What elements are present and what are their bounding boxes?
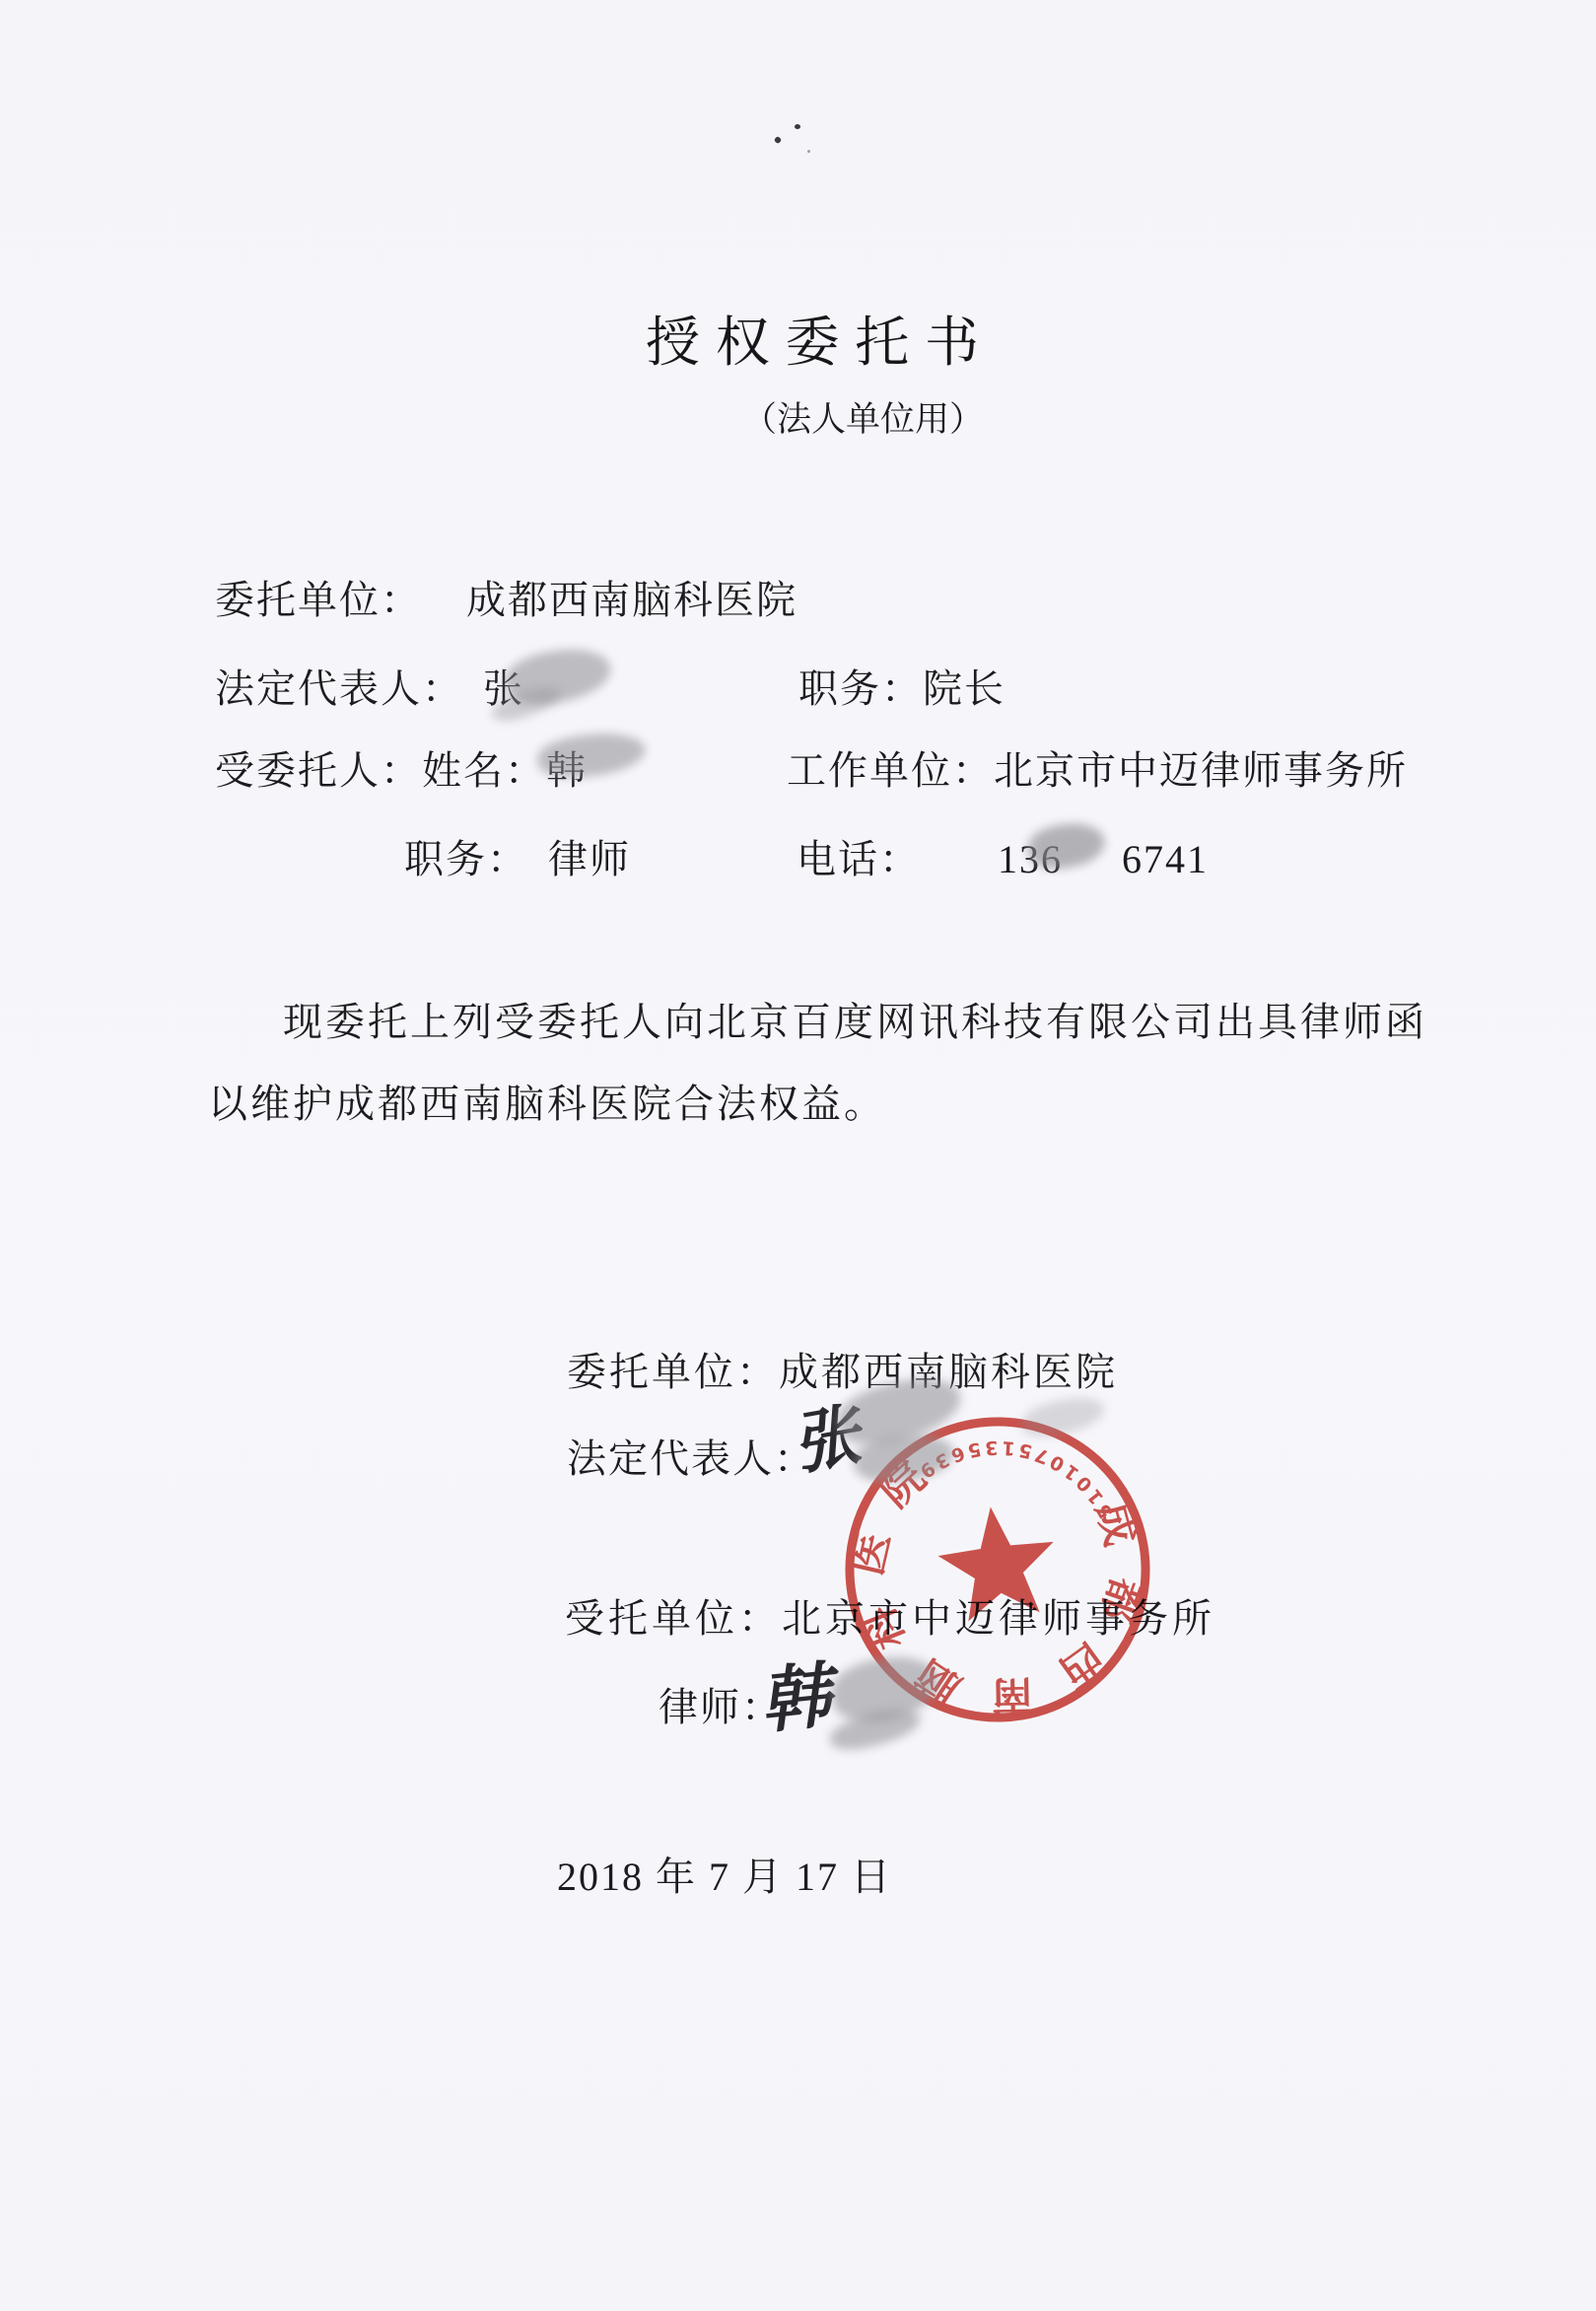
attorney-label: 受委托人：姓名： (215, 748, 546, 793)
seal-star-icon (922, 1492, 1082, 1652)
field-legal-rep: 法定代表人：张 (215, 658, 524, 714)
client-label: 委托单位： (215, 578, 422, 622)
scan-speck (795, 124, 800, 129)
sig-client-label: 委托单位： (567, 1350, 779, 1394)
position-value: 院长 (923, 666, 1006, 711)
field-attorney-title: 职务：律师 (404, 828, 631, 884)
redaction-smudge-attorney-name (535, 729, 648, 781)
phone-label: 电话： (797, 837, 921, 881)
client-value: 成都西南脑科医院 (466, 578, 798, 622)
scan-speck (807, 150, 810, 153)
field-work-unit: 工作单位：北京市中迈律师事务所 (787, 739, 1408, 796)
sig-legal-rep-label: 法定代表人： (567, 1436, 815, 1481)
field-phone: 电话：1366741 (797, 828, 1209, 884)
field-attorney: 受委托人：姓名：韩 (215, 739, 588, 796)
work-unit-label: 工作单位： (787, 748, 994, 793)
position-label: 职务： (798, 666, 923, 711)
sig-legal-rep-line: 法定代表人： (567, 1428, 815, 1484)
scanned-power-of-attorney-document: 授 权 委 托 书 （法人单位用） 委托单位：成都西南脑科医院 法定代表人：张 … (0, 0, 1596, 2311)
field-position: 职务：院长 (798, 658, 1006, 714)
scan-speck (774, 136, 782, 144)
page-title: 授 权 委 托 书 (646, 299, 980, 377)
attorney-title-label: 职务： (404, 837, 528, 881)
field-client: 委托单位：成都西南脑科医院 (215, 569, 798, 625)
attorney-title-value: 律师 (548, 837, 631, 881)
phone-suffix: 6741 (1122, 837, 1209, 881)
lawyer-handwritten-signature: 韩 (754, 1638, 835, 1747)
body-line-1: 现委托上列受委托人向北京百度网讯科技有限公司出具律师函 (283, 991, 1427, 1047)
legal-rep-label: 法定代表人： (215, 666, 463, 711)
page-subtitle: （法人单位用） (742, 392, 984, 442)
work-unit-value: 北京市中迈律师事务所 (994, 748, 1408, 793)
document-date: 2018 年 7 月 17 日 (557, 1846, 892, 1902)
sig-trustee-label: 受托单位： (565, 1596, 782, 1641)
body-line-2: 以维护成都西南脑科医院合法权益。 (208, 1073, 886, 1129)
